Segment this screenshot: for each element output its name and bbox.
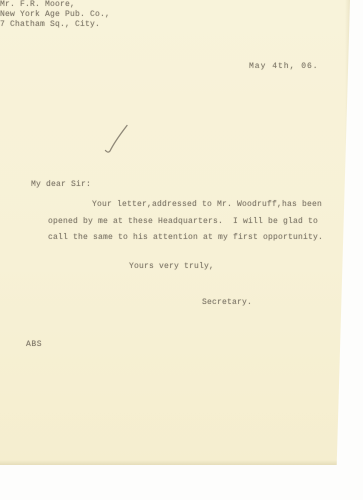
letter-date: May 4th, 06. xyxy=(249,62,319,72)
typist-initials: ABS xyxy=(26,340,42,350)
address-line-name: Mr. F.R. Moore, xyxy=(0,0,350,10)
address-line-street: 7 Chatham Sq., City. xyxy=(0,20,350,30)
recipient-address: Mr. F.R. Moore, New York Age Pub. Co., 7… xyxy=(0,0,350,30)
checkmark-icon xyxy=(101,123,131,155)
body-line: opened by me at these Headquarters. I wi… xyxy=(48,217,318,227)
body-line: call the same to his attention at my fir… xyxy=(48,233,323,243)
letter-page: May 4th, 06. Mr. F.R. Moore, New York Ag… xyxy=(0,0,350,465)
salutation: My dear Sir: xyxy=(31,180,91,190)
body-line: Your letter,addressed to Mr. Woodruff,ha… xyxy=(92,200,322,210)
signature-title: Secretary. xyxy=(202,298,252,308)
address-line-company: New York Age Pub. Co., xyxy=(0,10,350,20)
scanned-letter: May 4th, 06. Mr. F.R. Moore, New York Ag… xyxy=(0,0,363,500)
closing-line: Yours very truly, xyxy=(129,262,214,272)
